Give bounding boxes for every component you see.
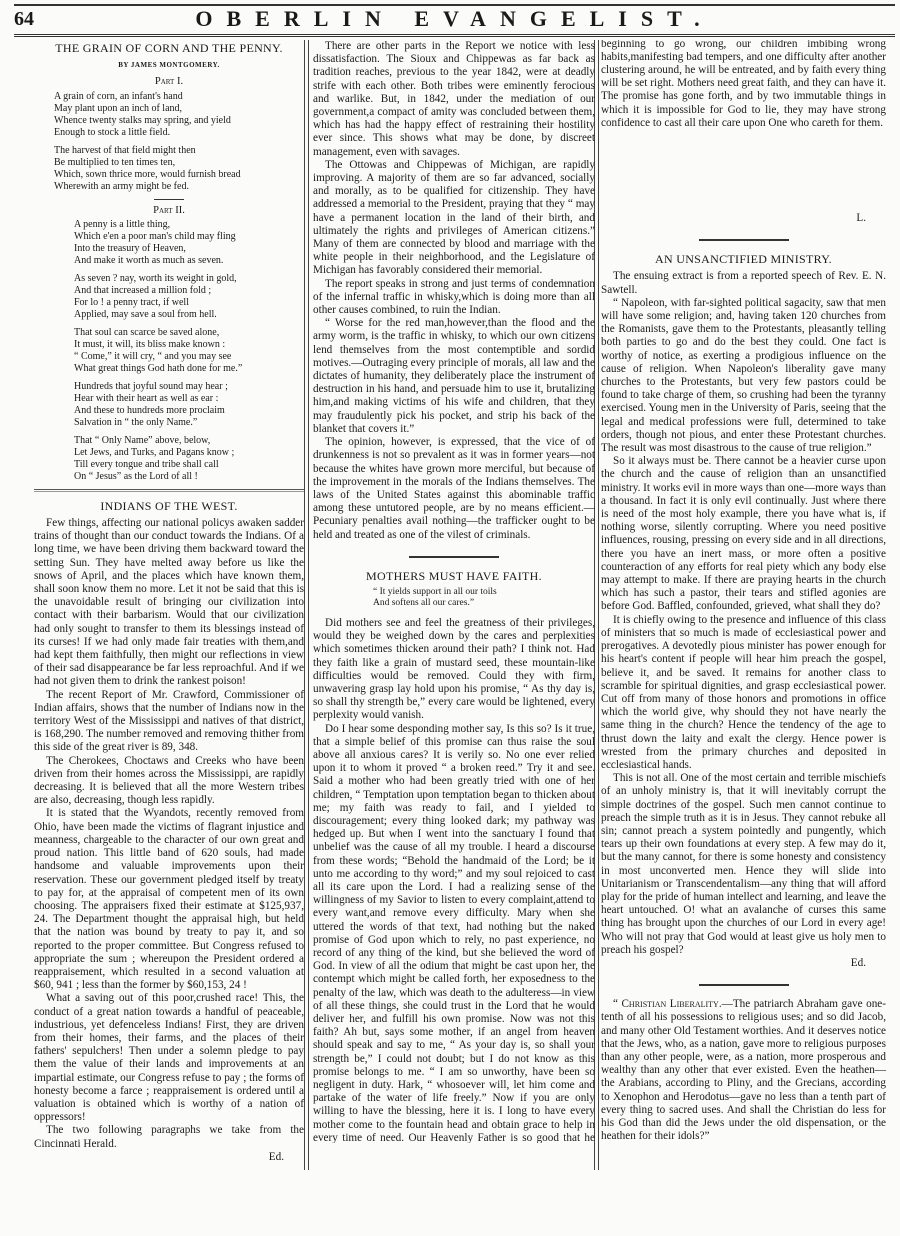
article-paragraph: The opinion, however, is expressed, that… <box>313 436 595 542</box>
mothers-title: MOTHERS MUST HAVE FAITH. <box>313 570 595 583</box>
poem-line: A grain of corn, an infant's hand <box>54 91 304 103</box>
article-paragraph-continued: Do I hear some desponding mother say, Is… <box>601 40 886 130</box>
poem-line: That “ Only Name” above, below, <box>74 435 304 447</box>
article-paragraph: It is stated that the Wyandots, recently… <box>34 807 304 992</box>
poem-line: Hundreds that joyful sound may hear ; <box>74 381 304 393</box>
poem-line: Into the treasury of Heaven, <box>74 243 304 255</box>
epigraph-line: And softens all our cares.” <box>373 598 595 609</box>
masthead: 64 OBERLIN EVANGELIST. <box>14 6 895 32</box>
poem-line: Applied, may save a soul from hell. <box>74 309 304 321</box>
ornamental-rule <box>699 239 789 241</box>
poem-line: For lo ! a penny tract, if well <box>74 297 304 309</box>
author-signature: L. <box>601 212 886 225</box>
poem-line: As seven ? nay, worth its weight in gold… <box>74 273 304 285</box>
poem-line: What great things God hath done for me.” <box>74 363 304 375</box>
poem-line: “ Come,” it will cry, “ and you may see <box>74 351 304 363</box>
poem-line: Hear with their heart as well as ear : <box>74 393 304 405</box>
poem-byline: BY JAMES MONTGOMERY. <box>34 59 304 72</box>
poem-stanza: As seven ? nay, worth its weight in gold… <box>34 273 304 321</box>
poem-line: And these to hundreds more proclaim <box>74 405 304 417</box>
header-rule <box>14 34 895 37</box>
poem-line: Till every tongue and tribe shall call <box>74 459 304 471</box>
poem-line: Wherewith an army might be fed. <box>54 181 304 193</box>
poem-part-2-label: Part II. <box>34 204 304 217</box>
column-3: Do I hear some desponding mother say, Is… <box>601 40 886 1143</box>
poem-stanza: That “ Only Name” above, below, Let Jews… <box>34 435 304 483</box>
liberality-lead: “ Christian Liberality. <box>613 998 722 1010</box>
article-paragraph: The report speaks in strong and just ter… <box>313 278 595 318</box>
article-paragraph: So it always must be. There cannot be a … <box>601 455 886 613</box>
article-paragraph: Do I hear some desponding mother say, Is… <box>313 723 595 1143</box>
article-paragraph: It is chiefly owing to the presence and … <box>601 614 886 772</box>
poem-title: THE GRAIN OF CORN AND THE PENNY. <box>34 42 304 55</box>
poem-line: May plant upon an inch of land, <box>54 103 304 115</box>
newspaper-page: 64 OBERLIN EVANGELIST. THE GRAIN OF CORN… <box>0 0 900 1236</box>
article-paragraph: The two following paragraphs we take fro… <box>34 1124 304 1150</box>
poem-stanza: The harvest of that field might then Be … <box>34 145 304 193</box>
liberality-paragraph: “ Christian Liberality.—The patriarch Ab… <box>601 998 886 1143</box>
poem-line: Salvation in “ the only Name.” <box>74 417 304 429</box>
ornamental-rule <box>409 556 499 558</box>
epigraph: “ It yields support in all our toils And… <box>313 587 595 609</box>
epigraph-line: “ It yields support in all our toils <box>373 587 595 598</box>
ministry-title: AN UNSANCTIFIED MINISTRY. <box>601 253 886 266</box>
poem-line: And that increased a million fold ; <box>74 285 304 297</box>
section-rule <box>34 489 304 492</box>
poem-line: It must, it will, its bliss make known : <box>74 339 304 351</box>
poem-part-1-label: Part I. <box>34 75 304 88</box>
mothers-continued: Do I hear some desponding mother say, Is… <box>601 40 886 212</box>
poem-line: That soul can scarce be saved alone, <box>74 327 304 339</box>
poem-line: Enough to stock a little field. <box>54 127 304 139</box>
poem-line: Whence twenty stalks may spring, and yie… <box>54 115 304 127</box>
poem-stanza: That soul can scarce be saved alone, It … <box>34 327 304 375</box>
article-paragraph: Did mothers see and feel the greatness o… <box>313 617 595 723</box>
article-paragraph: The Cherokees, Choctaws and Creeks who h… <box>34 755 304 808</box>
paper-title: OBERLIN EVANGELIST. <box>14 6 895 32</box>
poem-line: Be multiplied to ten times ten, <box>54 157 304 169</box>
article-paragraph: What a saving out of this poor,crushed r… <box>34 992 304 1124</box>
column-divider <box>304 40 309 1170</box>
editor-signature: Ed. <box>34 1151 304 1164</box>
poem-line: A penny is a little thing, <box>74 219 304 231</box>
article-paragraph: The ensuing extract is from a reported s… <box>601 270 886 296</box>
article-paragraph: “ Napoleon, with far-sighted political s… <box>601 297 886 455</box>
poem-stanza: A grain of corn, an infant's hand May pl… <box>34 91 304 139</box>
poem-line: And make it worth as much as seven. <box>74 255 304 267</box>
poem-line: On “ Jesus” as the Lord of all ! <box>74 471 304 483</box>
poem-line: Which, sown thrice more, would furnish b… <box>54 169 304 181</box>
article-paragraph: Few things, affecting our national polic… <box>34 517 304 689</box>
indians-title: INDIANS OF THE WEST. <box>34 500 304 513</box>
article-paragraph: This is not all. One of the most certain… <box>601 772 886 957</box>
article-paragraph: The Ottowas and Chippewas of Michigan, a… <box>313 159 595 278</box>
poem-stanza: A penny is a little thing, Which e'en a … <box>34 219 304 267</box>
column-2: There are other parts in the Report we n… <box>313 40 595 1143</box>
column-1: THE GRAIN OF CORN AND THE PENNY. BY JAME… <box>34 40 304 1164</box>
poem-stanza: Hundreds that joyful sound may hear ; He… <box>34 381 304 429</box>
article-paragraph: “ Worse for the red man,however,than the… <box>313 317 595 436</box>
liberality-text: —The patriarch Abraham gave one-tenth of… <box>601 998 886 1142</box>
ornamental-rule <box>699 984 789 986</box>
editor-signature: Ed. <box>601 957 886 970</box>
poem-line: Which e'en a poor man's child may fling <box>74 231 304 243</box>
article-paragraph: There are other parts in the Report we n… <box>313 40 595 159</box>
poem-line: The harvest of that field might then <box>54 145 304 157</box>
article-paragraph: The recent Report of Mr. Crawford, Commi… <box>34 689 304 755</box>
poem-line: Let Jews, and Turks, and Pagans know ; <box>74 447 304 459</box>
short-rule <box>154 199 184 200</box>
